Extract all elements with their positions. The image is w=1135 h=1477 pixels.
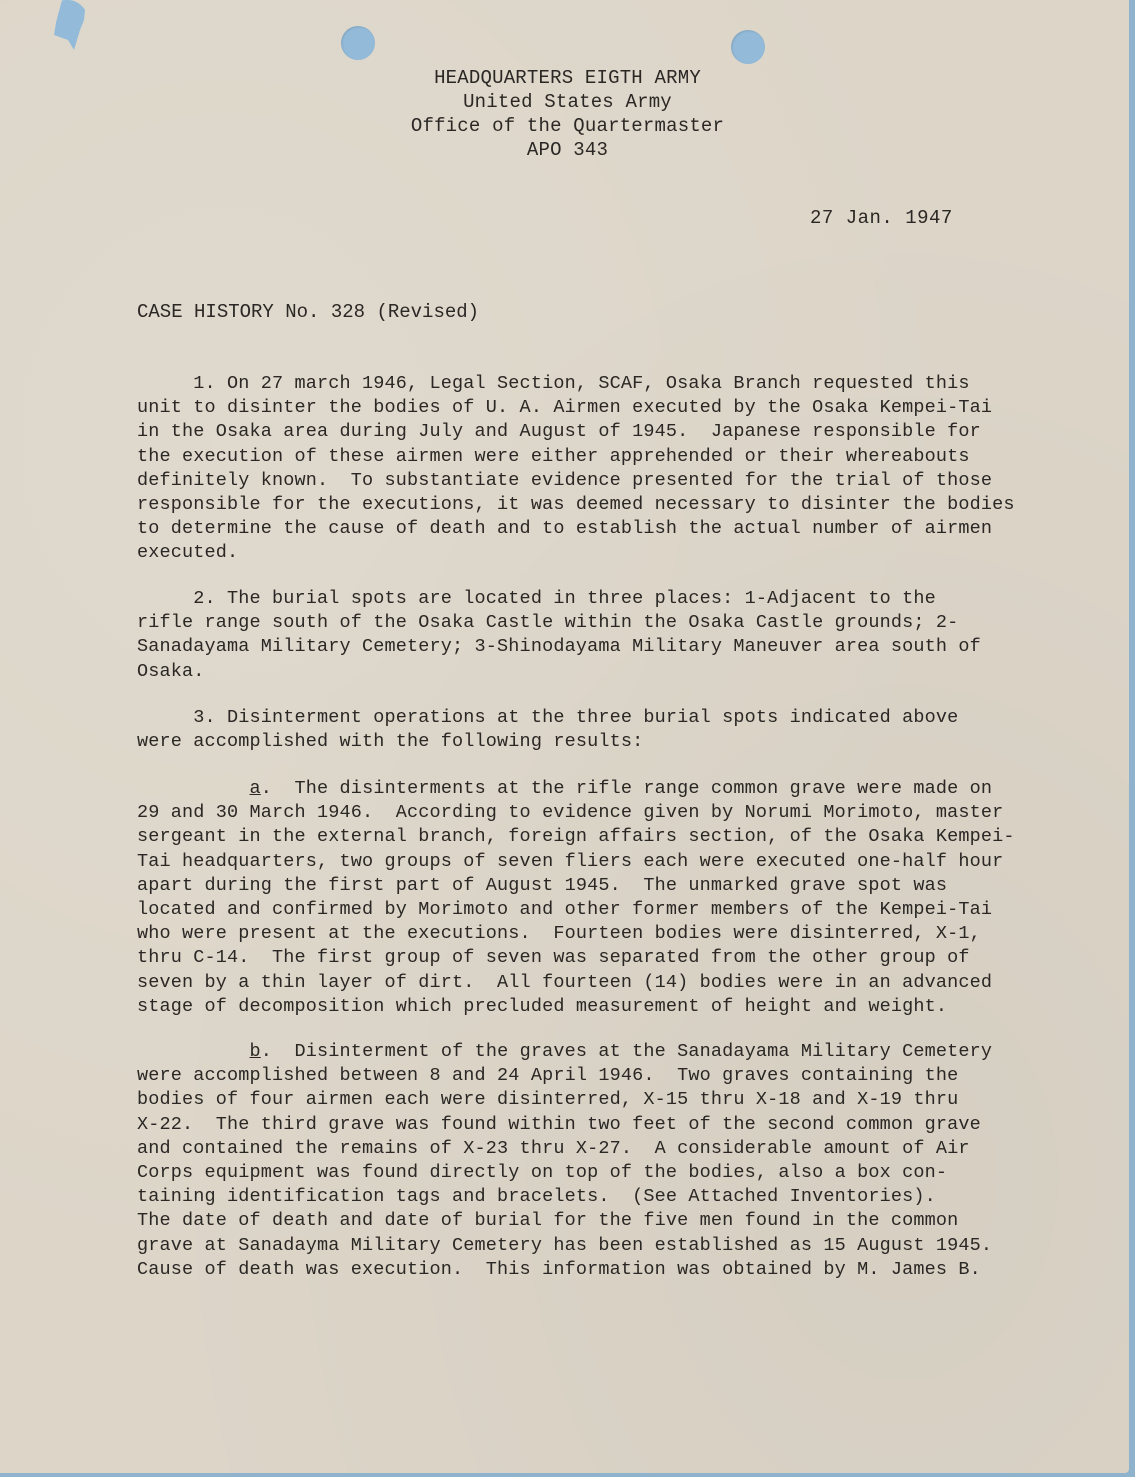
text-line: executed. [137,541,1077,565]
paragraph-1: 1. On 27 march 1946, Legal Section, SCAF… [137,372,1077,566]
subparagraph-label: a [250,778,261,799]
text-line: X-22. The third grave was found within t… [137,1113,1077,1137]
text-line: thru C-14. The first group of seven was … [137,946,1077,970]
text-line: seven by a thin layer of dirt. All fourt… [137,971,1077,995]
paragraph-2: 2. The burial spots are located in three… [137,587,1077,684]
text-line: grave at Sanadayma Military Cemetery has… [137,1234,1077,1258]
text-line: definitely known. To substantiate eviden… [137,469,1077,493]
text-line: 29 and 30 March 1946. According to evide… [137,801,1077,825]
letterhead-line-office: Office of the Quartermaster [0,114,1135,138]
text-line-first: a. The disinterments at the rifle range … [137,777,1077,801]
text-line: taining identification tags and bracelet… [137,1185,1077,1209]
text-line: who were present at the executions. Four… [137,922,1077,946]
text-line: Tai headquarters, two groups of seven fl… [137,850,1077,874]
subparagraph-b: b. Disinterment of the graves at the San… [137,1040,1077,1282]
letterhead-line-service: United States Army [0,90,1135,114]
text-line: unit to disinter the bodies of U. A. Air… [137,396,1077,420]
text-line: the execution of these airmen were eithe… [137,445,1077,469]
torn-corner [50,0,90,50]
text-line: 3. Disinterment operations at the three … [137,706,1077,730]
text-line: were accomplished between 8 and 24 April… [137,1064,1077,1088]
text-line: Corps equipment was found directly on to… [137,1161,1077,1185]
text-line: 2. The burial spots are located in three… [137,587,1077,611]
text-line: rifle range south of the Osaka Castle wi… [137,611,1077,635]
text-line: sergeant in the external branch, foreign… [137,825,1077,849]
text-line: The date of death and date of burial for… [137,1209,1077,1233]
text-line: Cause of death was execution. This infor… [137,1258,1077,1282]
paragraph-3: 3. Disinterment operations at the three … [137,706,1077,754]
punch-hole-right [731,30,765,64]
punch-hole-left [341,26,375,60]
text-line: Osaka. [137,660,1077,684]
text-line: located and confirmed by Morimoto and ot… [137,898,1077,922]
case-history-title: CASE HISTORY No. 328 (Revised) [137,301,479,323]
subparagraph-a: a. The disinterments at the rifle range … [137,777,1077,1019]
text-line: were accomplished with the following res… [137,730,1077,754]
text-line: bodies of four airmen each were disinter… [137,1088,1077,1112]
letterhead-line-apo: APO 343 [0,138,1135,162]
letterhead: HEADQUARTERS EIGTH ARMY United States Ar… [0,66,1135,162]
text-line-first: b. Disinterment of the graves at the San… [137,1040,1077,1064]
text-line: and contained the remains of X-23 thru X… [137,1137,1077,1161]
text-line-rest: . The disinterments at the rifle range c… [261,778,992,799]
text-line: apart during the first part of August 19… [137,874,1077,898]
document-date: 27 Jan. 1947 [810,207,953,229]
subparagraph-label: b [250,1041,261,1062]
text-line: 1. On 27 march 1946, Legal Section, SCAF… [137,372,1077,396]
text-line: in the Osaka area during July and August… [137,420,1077,444]
text-line: stage of decomposition which precluded m… [137,995,1077,1019]
document-page: HEADQUARTERS EIGTH ARMY United States Ar… [0,0,1129,1473]
text-line: responsible for the executions, it was d… [137,493,1077,517]
letterhead-line-organization: HEADQUARTERS EIGTH ARMY [0,66,1135,90]
text-line: Sanadayama Military Cemetery; 3-Shinoday… [137,635,1077,659]
text-line-rest: . Disinterment of the graves at the Sana… [261,1041,992,1062]
text-line: to determine the cause of death and to e… [137,517,1077,541]
